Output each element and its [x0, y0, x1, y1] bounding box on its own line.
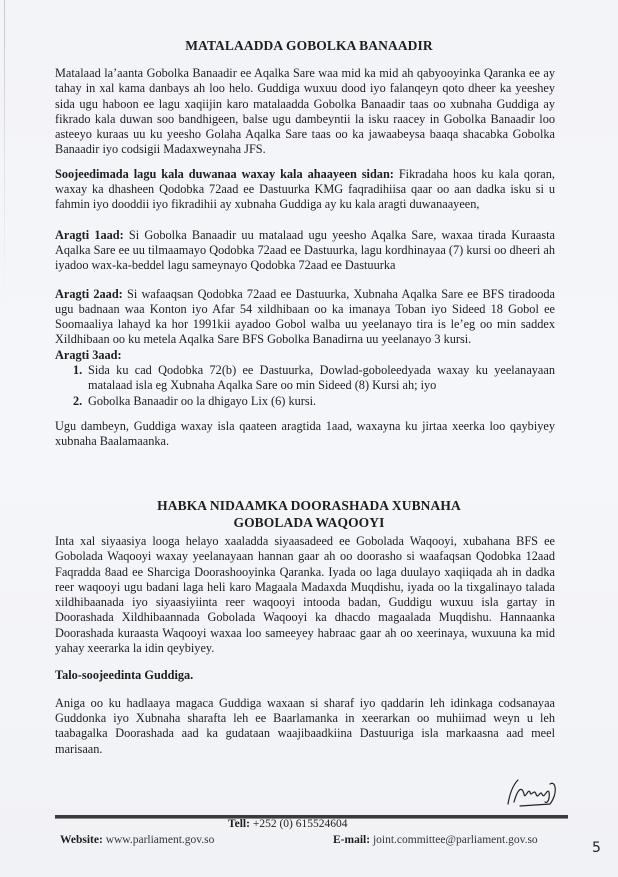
view1-label: Aragti 1aad: [55, 228, 124, 242]
list-number: 1. [73, 363, 82, 378]
intro-paragraph: Matalaad la’aanta Gobolka Banaadir ee Aq… [55, 66, 555, 158]
section-banaadir-body: Matalaad la’aanta Gobolka Banaadir ee Aq… [55, 66, 555, 450]
page-number: 5 [592, 840, 601, 856]
waqooyi-paragraph: Inta xal siyaasiya looga helayo xaaladda… [55, 534, 555, 656]
email-label: E-mail: [333, 834, 370, 846]
list-text: Sida ku cad Qodobka 72(b) ee Dastuurka, … [88, 363, 555, 392]
tel-value: +252 (0) 615524604 [250, 818, 348, 830]
section-title-line2: GOBOLADA WAQOOYI [0, 514, 618, 531]
list-item: 1.Sida ku cad Qodobka 72(b) ee Dastuurka… [55, 363, 555, 394]
list-item: 2.Gobolka Banaadir oo la dhigayo Lix (6)… [55, 394, 555, 409]
document-page: MATALAADDA GOBOLKA BANAADIR Matalaad la’… [0, 0, 618, 877]
view2-paragraph: Aragti 2aad: Si wafaaqsan Qodobka 72aad … [55, 287, 555, 348]
website-label: Website: [60, 834, 103, 846]
view3-label-paragraph: Aragti 3aad: [55, 348, 555, 363]
view1-paragraph: Aragti 1aad: Si Gobolka Banaadir uu mata… [55, 228, 555, 274]
footer-email: E-mail: joint.committee@parliament.gov.s… [333, 834, 538, 846]
tel-label: Tell: [228, 818, 250, 830]
proposals-paragraph: Soojeedimada lagu kala duwanaa waxay kal… [55, 167, 555, 213]
conclusion-paragraph: Ugu dambeyn, Guddiga waxay isla qaateen … [55, 419, 555, 450]
recommendation-paragraph: Aniga oo ku hadlaaya magaca Guddiga waxa… [55, 696, 555, 757]
view3-list: 1.Sida ku cad Qodobka 72(b) ee Dastuurka… [55, 363, 555, 409]
section-title-line1: HABKA NIDAAMKA DOORASHADA XUBNAHA [0, 497, 618, 514]
view2-label: Aragti 2aad: [55, 287, 123, 301]
section-title-waqooyi: HABKA NIDAAMKA DOORASHADA XUBNAHA GOBOLA… [0, 497, 618, 531]
list-number: 2. [73, 394, 82, 409]
footer-tel: Tell: +252 (0) 615524604 [228, 818, 347, 830]
proposals-lead: Soojeedimada lagu kala duwanaa waxay kal… [55, 167, 394, 181]
website-link[interactable]: www.parliament.gov.so [103, 834, 215, 846]
list-text: Gobolka Banaadir oo la dhigayo Lix (6) k… [88, 394, 316, 408]
signature-image [500, 774, 560, 814]
email-link[interactable]: joint.committee@parliament.gov.so [370, 834, 538, 846]
view2-text: Si wafaaqsan Qodobka 72aad ee Dastuurka,… [55, 287, 555, 347]
view3-label: Aragti 3aad: [55, 348, 122, 362]
view1-text: Si Gobolka Banaadir uu matalaad ugu yees… [55, 228, 555, 273]
recommendation-heading: Talo-soojeedinta Guddiga. [55, 668, 555, 683]
section-title-banaadir: MATALAADDA GOBOLKA BANAADIR [0, 38, 618, 54]
section-waqooyi-body: Inta xal siyaasiya looga helayo xaaladda… [55, 534, 555, 757]
footer-website: Website: www.parliament.gov.so [60, 834, 214, 846]
